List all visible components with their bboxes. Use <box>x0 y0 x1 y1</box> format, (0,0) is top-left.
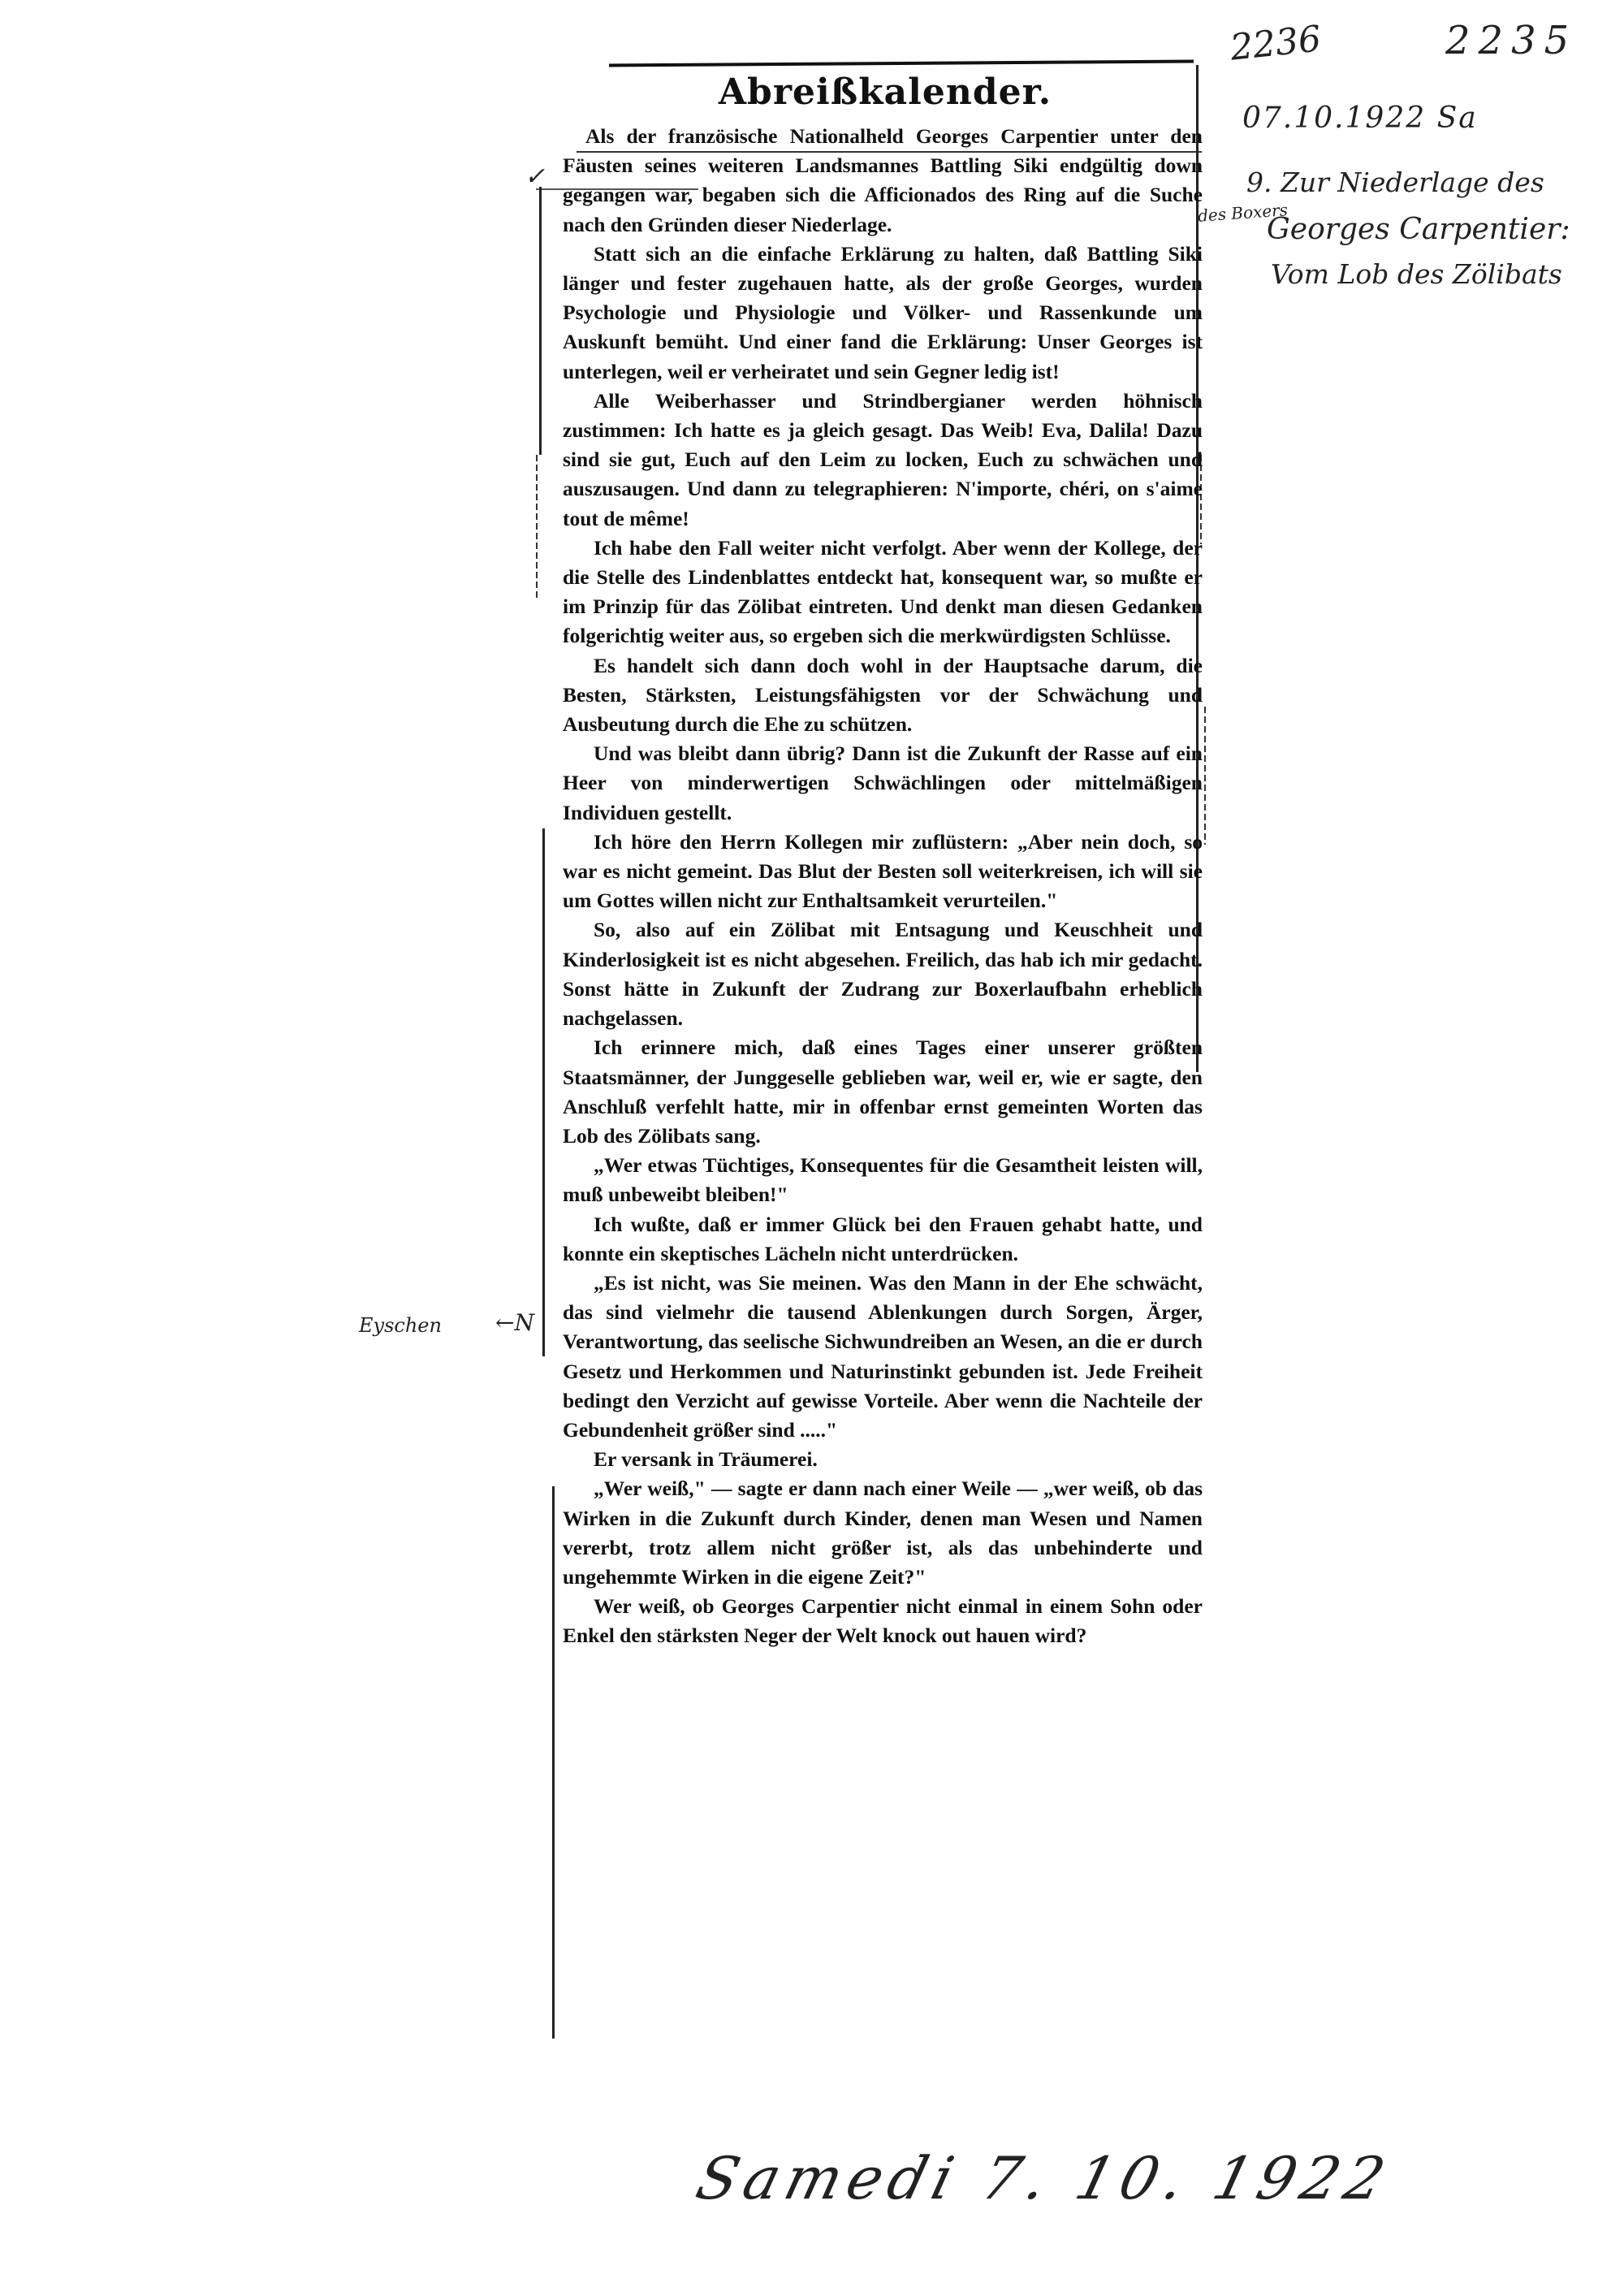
paragraph: Ich erinnere mich, daß eines Tages einer… <box>563 1033 1203 1151</box>
margin-bracket-line <box>539 187 542 455</box>
handwritten-note: Georges Carpentier: <box>1267 213 1570 246</box>
paragraph: Statt sich an die einfache Erklärung zu … <box>563 240 1203 387</box>
paragraph: Er versank in Träumerei. <box>563 1445 1203 1474</box>
handwritten-archive-number: 2236 <box>1229 18 1324 68</box>
paragraph: „Wer etwas Tüchtiges, Konsequentes für d… <box>563 1151 1203 1209</box>
article-title: Abreißkalender. <box>568 71 1202 113</box>
margin-bracket-line <box>536 455 538 601</box>
handwritten-date: 07.10.1922 Sa <box>1242 102 1478 135</box>
paragraph: Und was bleibt dann übrig? Dann ist die … <box>563 739 1203 828</box>
handwritten-bottom-date: Samedi 7. 10. 1922 <box>690 2144 1398 2212</box>
margin-bracket-line <box>552 1486 555 2039</box>
handwritten-archive-number: 2235 <box>1445 18 1577 63</box>
paragraph: Ich höre den Herrn Kollegen mir zuflüste… <box>563 828 1203 916</box>
handwritten-note: Vom Lob des Zölibats <box>1271 258 1562 290</box>
paragraph: Ich wußte, daß er immer Glück bei den Fr… <box>563 1210 1203 1269</box>
paragraph: Als der französische Nationalheld George… <box>563 122 1203 240</box>
paragraph: Alle Weiberhasser und Strindbergianer we… <box>563 387 1203 534</box>
checkmark-icon: ✓ <box>525 162 545 191</box>
paragraph: Wer weiß, ob Georges Carpentier nicht ei… <box>563 1592 1203 1650</box>
paragraph: Es handelt sich dann doch wohl in der Ha… <box>563 651 1203 740</box>
margin-bracket-line <box>1204 707 1206 845</box>
paragraph: „Wer weiß," — sagte er dann nach einer W… <box>563 1474 1203 1592</box>
handwritten-note: 9. Zur Niederlage des <box>1246 166 1544 198</box>
paragraph: So, also auf ein Zölibat mit Entsagung u… <box>563 915 1203 1033</box>
handwritten-margin-note: Eyschen <box>359 1314 442 1337</box>
article-body: Als der französische Nationalheld George… <box>563 122 1203 1651</box>
arrow-left-icon: ←N <box>495 1309 534 1336</box>
paragraph: Ich habe den Fall weiter nicht verfolgt.… <box>563 534 1203 651</box>
paragraph: „Es ist nicht, was Sie meinen. Was den M… <box>563 1269 1203 1445</box>
margin-bracket-line <box>542 828 545 1356</box>
top-rule <box>609 59 1194 67</box>
